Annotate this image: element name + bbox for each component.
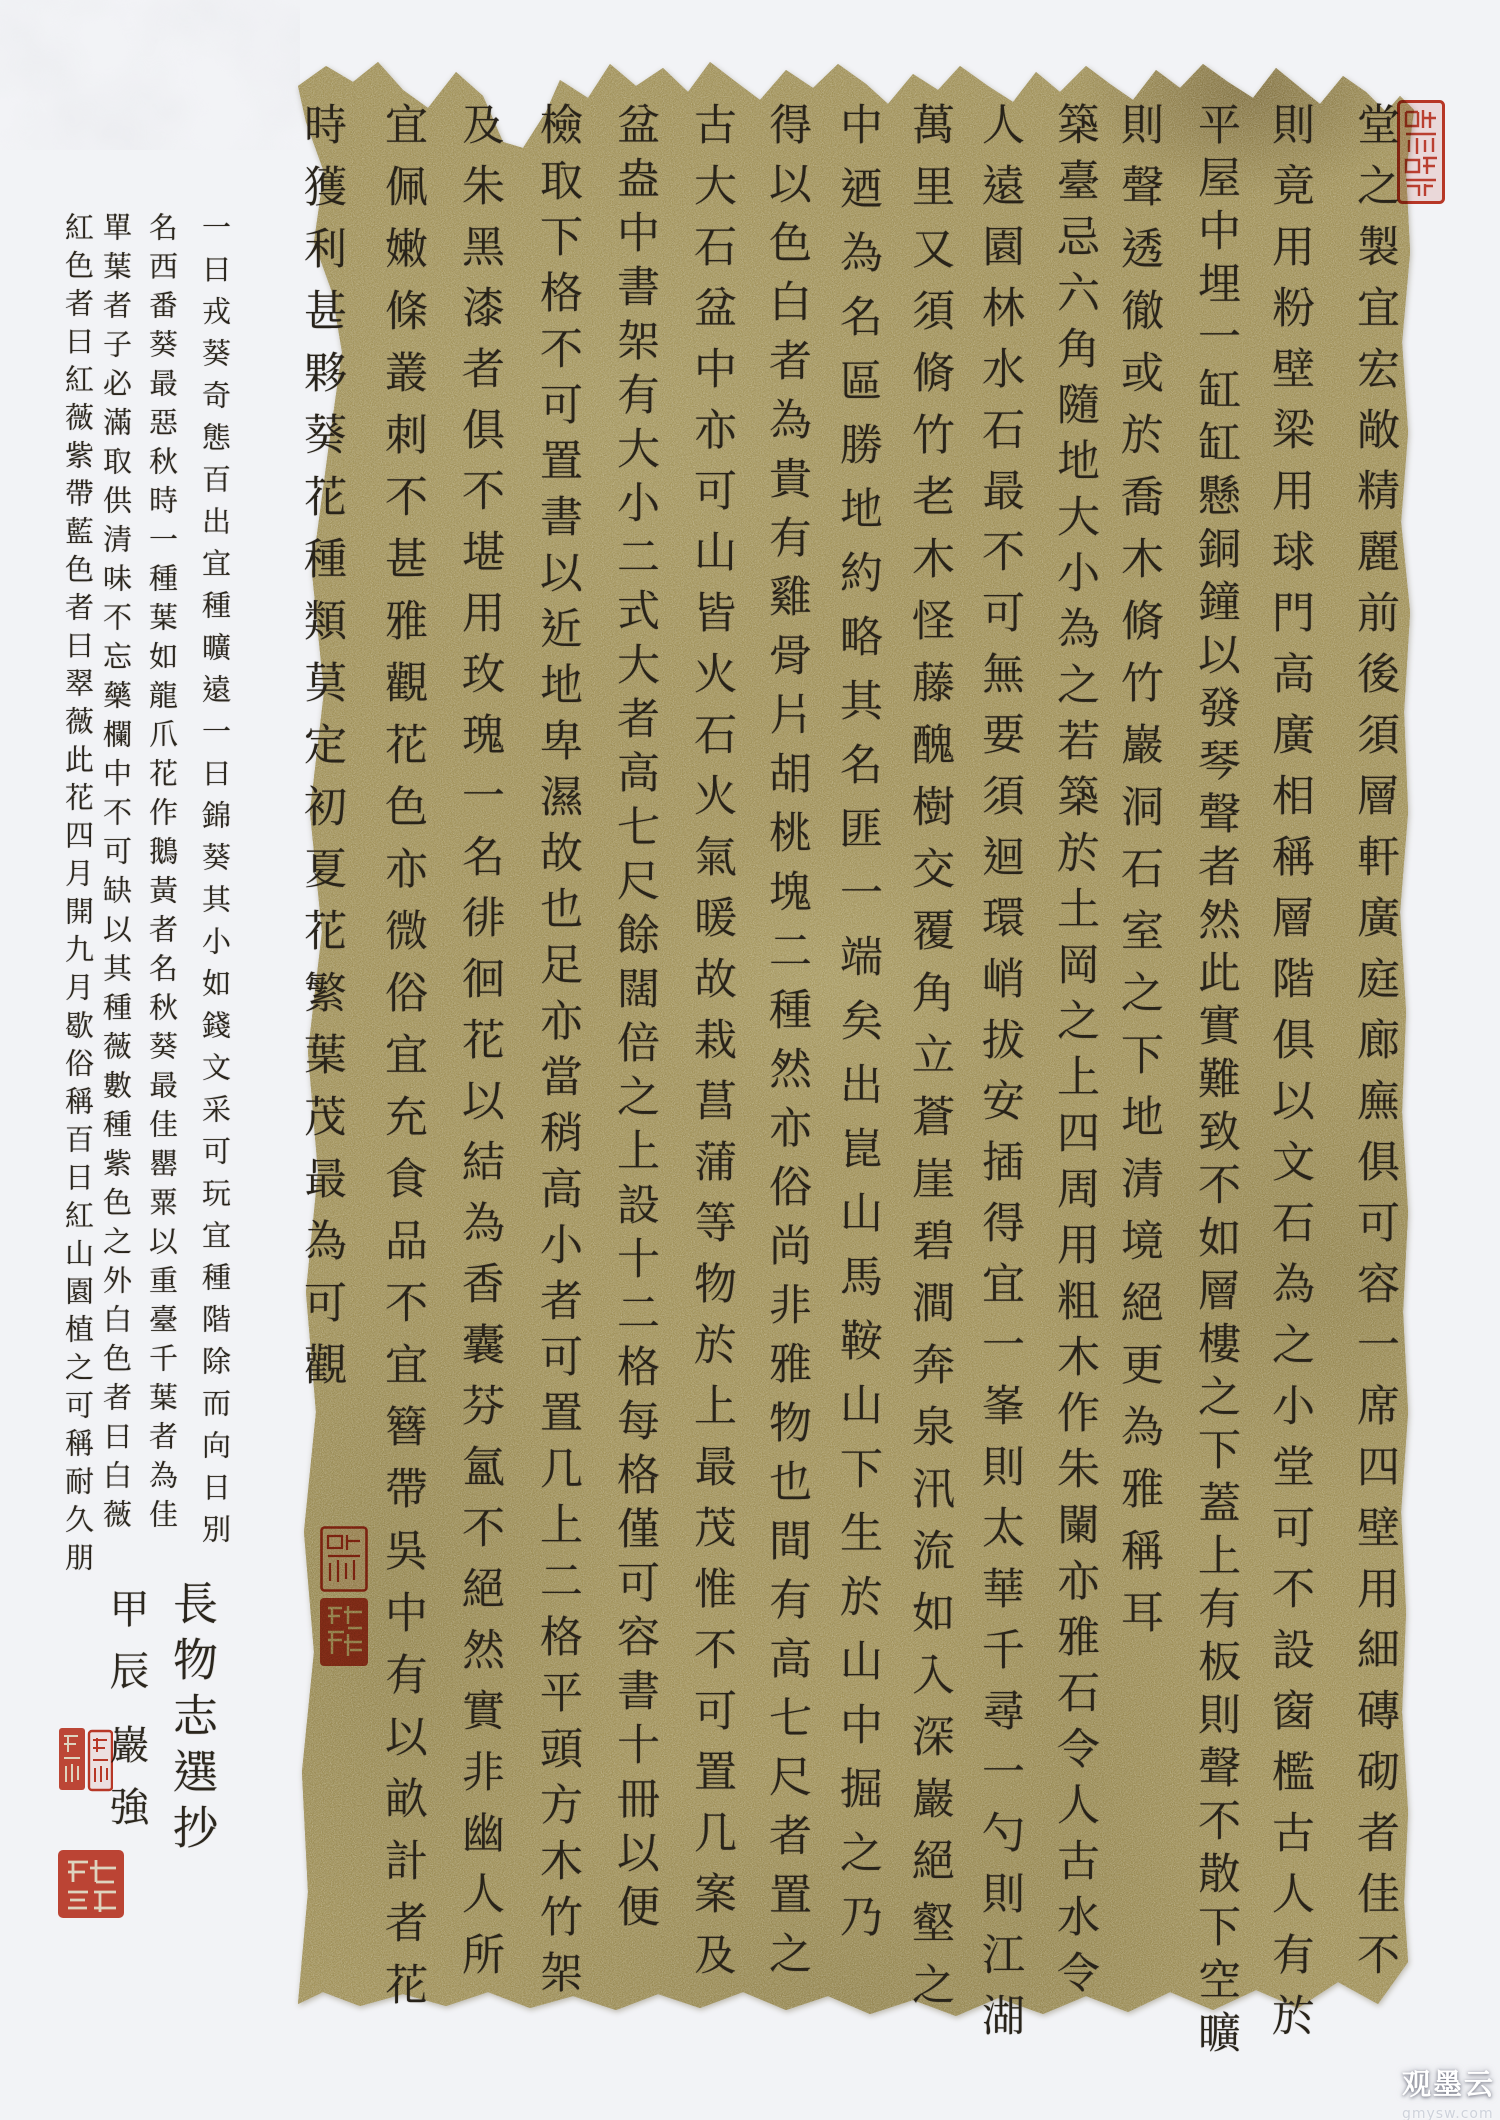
scanned-calligraphy-page: { "artwork": { "main_columns": [ "堂之製宜宏敞… <box>0 0 1500 2120</box>
text-column-5: 築臺忌六角隨地大小為之若築於土岡之上四周用粗木作朱闌亦雅石令人古水令 <box>1052 102 1098 2006</box>
colophon-signature: 甲辰巖強 <box>104 1588 148 1848</box>
mount-texture <box>0 0 300 150</box>
signature-date: 甲辰 <box>103 1588 149 1712</box>
signature-seal-pair-icon <box>59 1728 113 1792</box>
text-column-7: 萬里又須脩竹老木怪藤醜樹交覆角立蒼崖碧澗奔泉汛流如入深巖絕壑之 <box>907 102 953 2024</box>
collector-seal-upper-icon <box>320 1526 368 1592</box>
colophon-title: 長物志選抄 <box>166 1580 216 1860</box>
margin-column-3: 單葉者子必滿取供清味不忘藥欄中不可缺以其種薇數種紫色之外白色者曰白薇 <box>99 212 133 1538</box>
watermark: 观墨云 gmysw.com <box>1402 2062 1498 2120</box>
text-column-14: 宜佩嫩條叢刺不甚雅觀花色亦微俗宜充食品不宜簪帶吳中有以畝計者花 <box>380 102 426 2024</box>
text-column-8: 中迺為名區勝地約略其名匪一端矣出崑山馬鞍山下生於山中掘之乃 <box>835 102 881 1958</box>
text-column-15: 時獲利甚夥葵花種類莫定初夏花繁葉茂最為可觀 <box>299 102 345 1404</box>
collector-seal-lower-icon <box>320 1598 368 1666</box>
text-column-12: 檢取下格不可置書以近地卑濕故也足亦當稍高小者可置几上二格平頭方木竹架 <box>535 102 581 2006</box>
text-column-10: 古大石盆中亦可山皆火石火氣暖故栽菖蒲等物於上最茂惟不可置几案及 <box>689 102 735 1993</box>
text-column-3: 平屋中埋一缸缸懸銅鐘以發琴聲者然此實難致不如層樓之下蓋上有板則聲不散下空曠 <box>1193 102 1239 2063</box>
text-column-2: 則竟用粉壁梁用球門高廣相稱層階俱以文石為之小堂可不設窗檻古人有於 <box>1267 102 1313 2054</box>
margin-column-4: 紅色者曰紅薇紫帶藍色者曰翠薇此花四月開九月歇俗稱百日紅山園植之可稱耐久朋 <box>61 212 95 1580</box>
opening-seal-icon <box>1397 100 1445 204</box>
text-column-13: 及朱黑漆者俱不堪用玫瑰一名徘徊花以結為香囊芬氳不絕然實非幽人所 <box>457 102 503 1993</box>
text-column-11: 盆盎中書架有大小二式大者高七尺餘闊倍之上設十二格每格僅可容書十冊以便 <box>612 102 658 1938</box>
text-column-1: 堂之製宜宏敞精麗前後須層軒廣庭廊廡俱可容一席四壁用細磚砌者佳不 <box>1352 102 1398 1993</box>
text-column-9: 得以色白者為貴有雞骨片胡桃塊二種然亦俗尚非雅物也間有高七尺者置之 <box>764 102 810 1990</box>
margin-column-1: 一曰戎葵奇態百出宜種曠遠一曰錦葵其小如錢文采可玩宜種階除而向日別 <box>198 212 232 1556</box>
text-column-4: 則聲透徹或於喬木脩竹巖洞石室之下地清境絕更為雅稱耳 <box>1116 102 1162 1652</box>
artist-seal-icon <box>58 1850 124 1918</box>
watermark-site: gmysw.com <box>1402 2106 1498 2120</box>
margin-column-2: 名西番葵最惡秋時一種葉如龍爪花作鵝黃者名秋葵最佳罌粟以重臺千葉者為佳 <box>145 212 179 1538</box>
text-column-6: 人遠園林水石最不可無要須迴環峭拔安插得宜一峯則太華千尋一勺則江湖 <box>977 102 1023 2054</box>
watermark-brand: 观墨云 <box>1402 2062 1498 2103</box>
